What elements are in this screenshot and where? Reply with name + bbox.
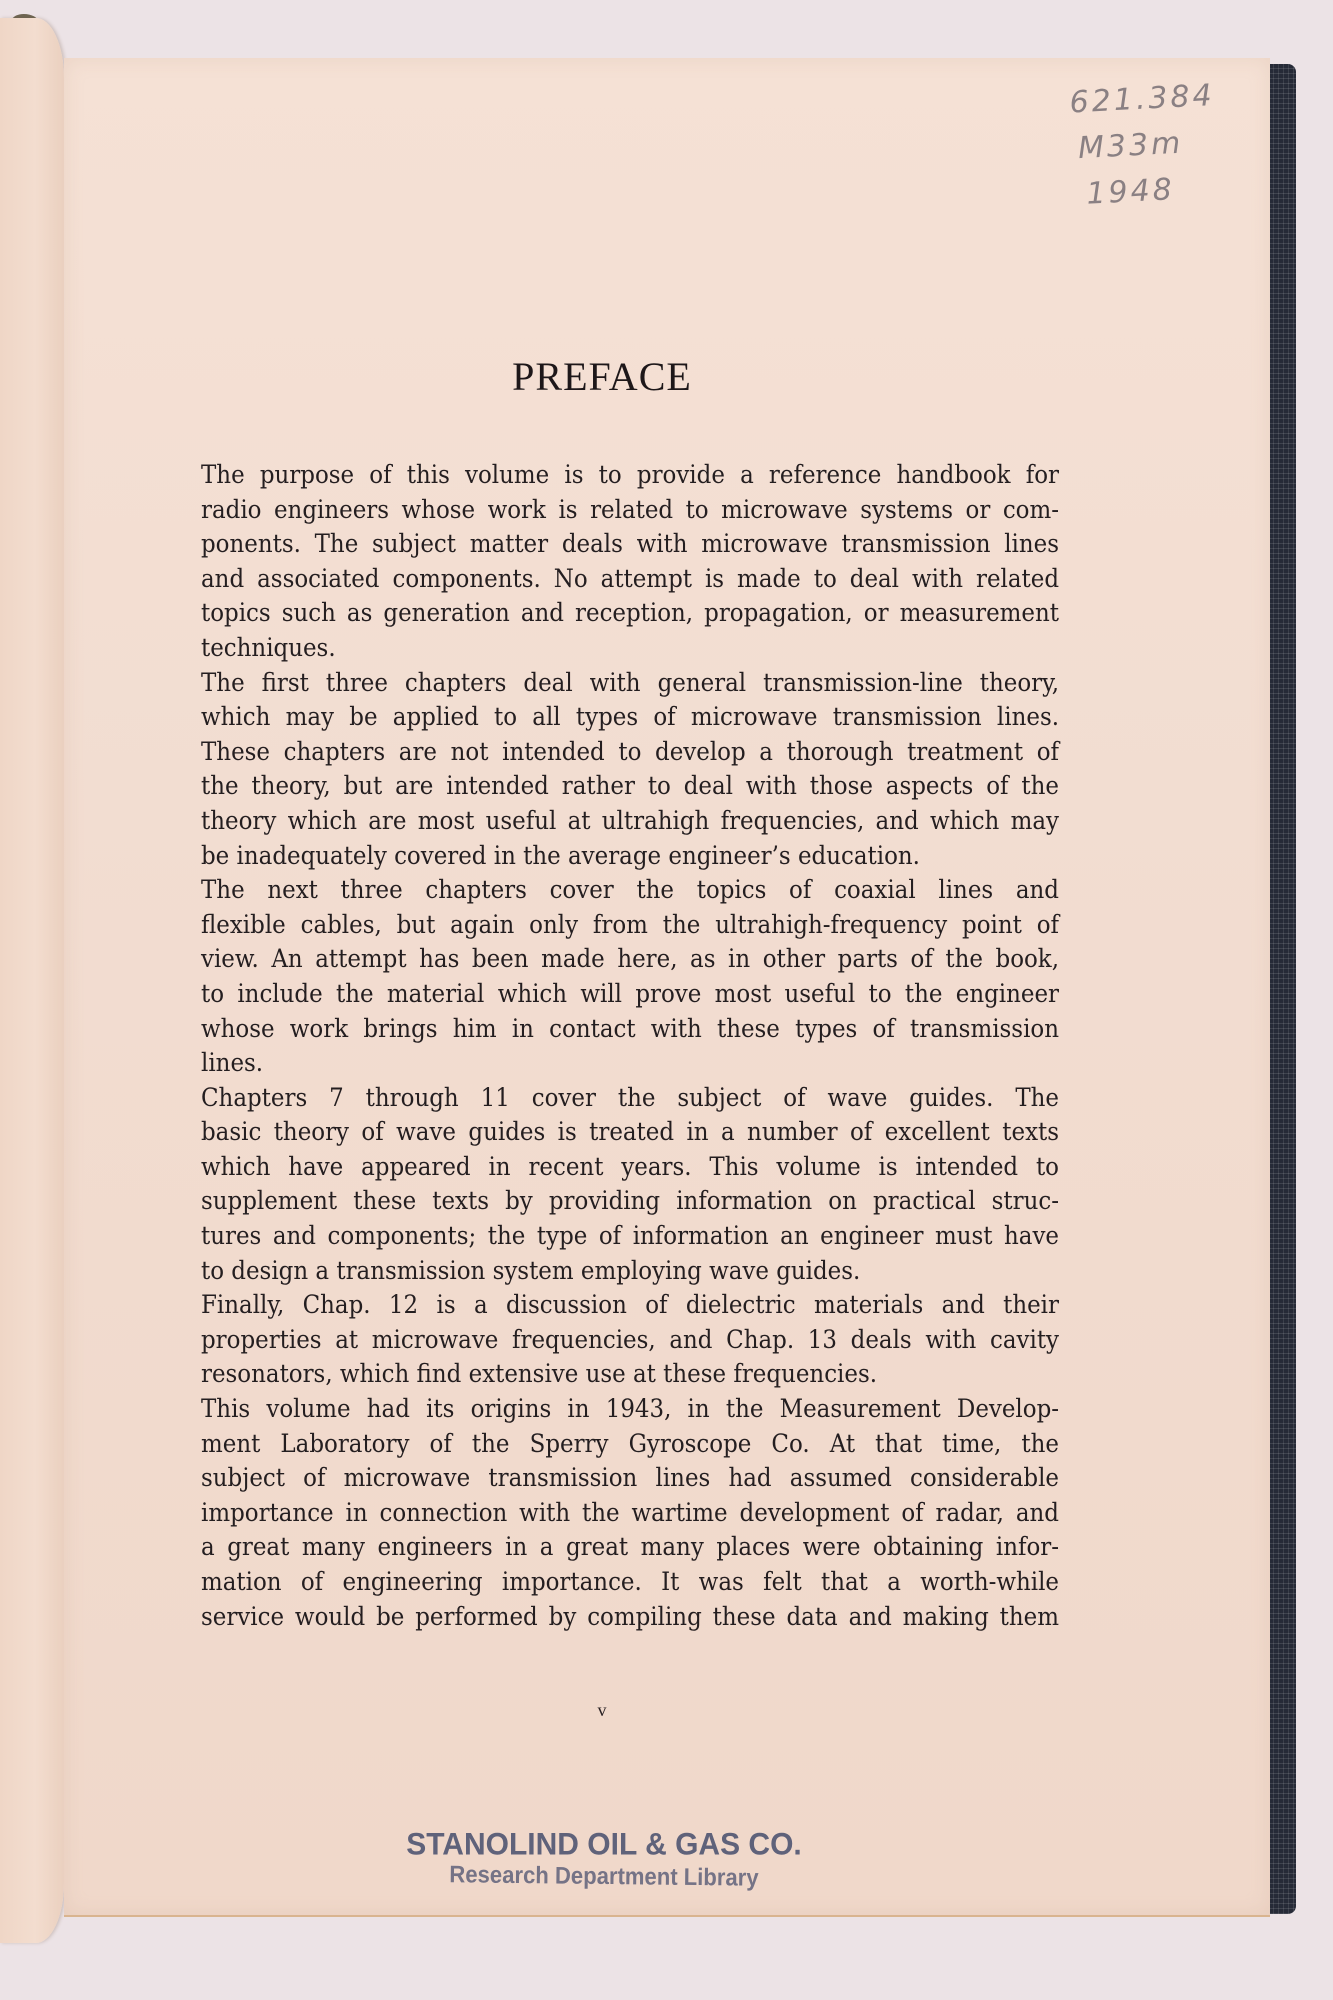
paragraph: The next three chapters cover the topics…	[155, 873, 1059, 1081]
book-page: 621.384 M33m 1948 PREFACE The purpose of…	[64, 58, 1270, 1917]
text-line: properties at microwave frequencies, and…	[155, 1323, 1059, 1358]
call-number-line: 621.384	[1069, 72, 1241, 127]
library-stamp: STANOLIND OIL & GAS CO. Research Departm…	[364, 1828, 844, 1892]
text-line: These chapters are not intended to devel…	[155, 735, 1059, 770]
text-line: tures and components; the type of inform…	[155, 1219, 1059, 1254]
text-line: importance in connection with the wartim…	[155, 1496, 1059, 1531]
text-line: Chapters 7 through 11 cover the subject …	[155, 1081, 1059, 1116]
text-line: resonators, which find extensive use at …	[155, 1357, 1059, 1392]
page-number: v	[64, 1700, 1140, 1721]
paragraph: The first three chapters deal with gener…	[155, 666, 1059, 874]
call-number-line: 1948	[1073, 164, 1245, 219]
paragraph: Chapters 7 through 11 cover the subject …	[155, 1081, 1059, 1289]
paragraph: This volume had its origins in 1943, in …	[155, 1392, 1059, 1634]
text-line: which may be applied to all types of mic…	[155, 700, 1059, 735]
text-line: This volume had its origins in 1943, in …	[155, 1392, 1059, 1427]
text-line: lines.	[155, 1046, 1059, 1081]
text-line: radio engineers whose work is related to…	[155, 493, 1059, 528]
text-line: The first three chapters deal with gener…	[155, 666, 1059, 701]
text-line: The purpose of this volume is to provide…	[155, 458, 1059, 493]
page-title: PREFACE	[64, 353, 1140, 400]
text-line: be inadequately covered in the average e…	[155, 839, 1059, 874]
text-line: theory which are most useful at ultrahig…	[155, 804, 1059, 839]
text-line: ponents. The subject matter deals with m…	[155, 527, 1059, 562]
text-line: subject of microwave transmission lines …	[155, 1461, 1059, 1496]
stamp-library-name: Research Department Library	[383, 1859, 825, 1894]
previous-page-edge	[0, 18, 64, 1943]
preface-body: The purpose of this volume is to provide…	[155, 458, 1059, 1634]
text-line: ment Laboratory of the Sperry Gyroscope …	[155, 1427, 1059, 1462]
text-line: whose work brings him in contact with th…	[155, 1012, 1059, 1047]
text-line: mation of engineering importance. It was…	[155, 1565, 1059, 1600]
text-line: service would be performed by compiling …	[155, 1600, 1059, 1635]
text-line: to include the material which will prove…	[155, 977, 1059, 1012]
text-line: Finally, Chap. 12 is a discussion of die…	[155, 1288, 1059, 1323]
text-line: techniques.	[155, 631, 1059, 666]
paragraph: The purpose of this volume is to provide…	[155, 458, 1059, 666]
text-line: and associated components. No attempt is…	[155, 562, 1059, 597]
text-line: the theory, but are intended rather to d…	[155, 769, 1059, 804]
handwritten-call-number: 621.384 M33m 1948	[1069, 72, 1246, 219]
paragraph: Finally, Chap. 12 is a discussion of die…	[155, 1288, 1059, 1392]
text-line: which have appeared in recent years. Thi…	[155, 1150, 1059, 1185]
text-line: topics such as generation and reception,…	[155, 596, 1059, 631]
text-line: a great many engineers in a great many p…	[155, 1530, 1059, 1565]
stamp-company-name: STANOLIND OIL & GAS CO.	[364, 1827, 844, 1863]
text-line: view. An attempt has been made here, as …	[155, 942, 1059, 977]
book-cover-spine	[1268, 64, 1296, 1914]
text-line: flexible cables, but again only from the…	[155, 908, 1059, 943]
text-line: basic theory of wave guides is treated i…	[155, 1115, 1059, 1150]
text-line: The next three chapters cover the topics…	[155, 873, 1059, 908]
text-line: to design a transmission system employin…	[155, 1254, 1059, 1289]
text-line: supplement these texts by providing info…	[155, 1184, 1059, 1219]
